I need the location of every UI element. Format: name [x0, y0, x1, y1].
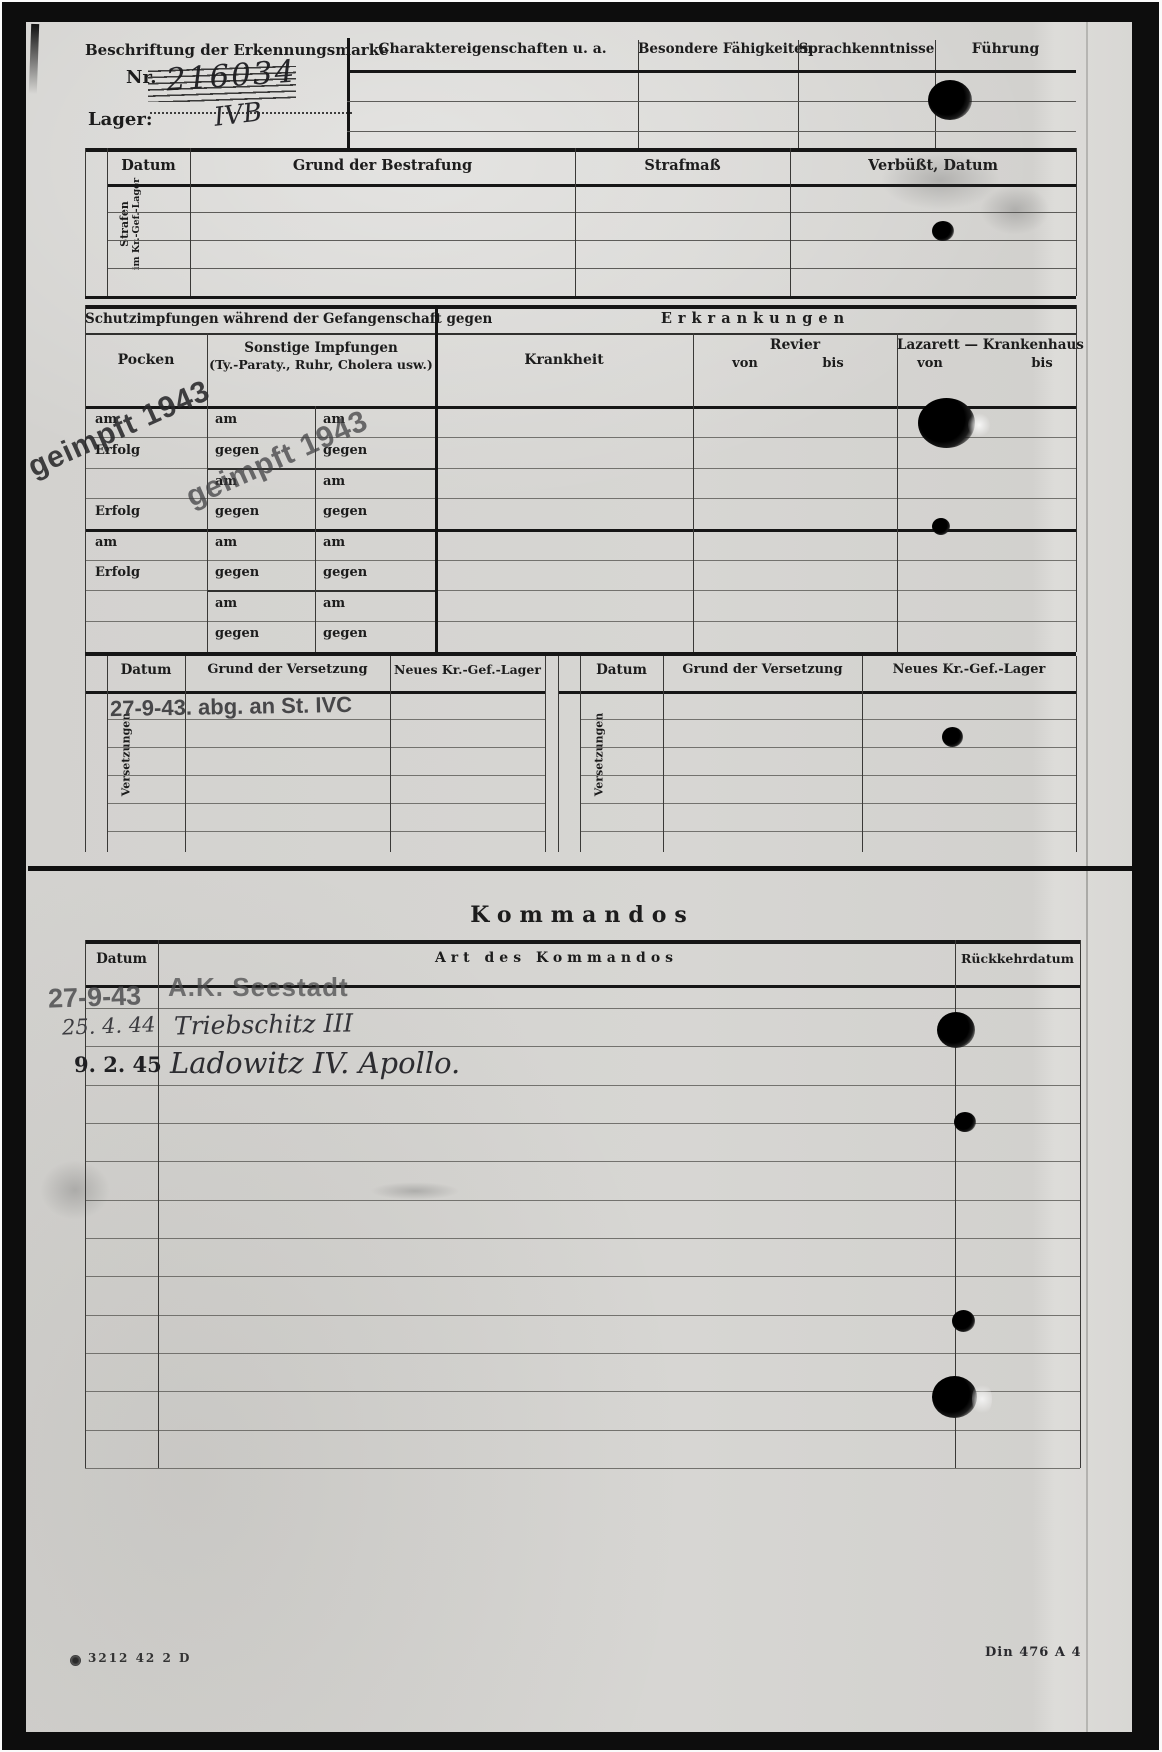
lager-value-handwritten: IVB	[212, 97, 263, 133]
rule-h	[85, 1391, 1080, 1392]
impf-cell: am	[323, 536, 403, 551]
hole-punch	[918, 398, 975, 448]
versetzung-entry-stamp: 27-9-43. abg. an St. IVC	[110, 692, 352, 722]
rule-v	[693, 333, 694, 652]
rule-h	[580, 719, 1076, 720]
smudge	[980, 185, 1050, 235]
krankheit-header: Krankheit	[435, 353, 693, 369]
rule-h	[85, 1085, 1080, 1086]
kommandos-header-art: Art des Kommandos	[158, 951, 955, 967]
revier-von-label: von	[710, 357, 780, 372]
impfungen-title: Schutzimpfungen während der Gefangenscha…	[85, 312, 435, 327]
kommandos-header-datum: Datum	[85, 952, 158, 967]
rule-h	[107, 831, 545, 832]
rule-v	[1076, 305, 1077, 652]
lager-label: Lager:	[88, 110, 153, 130]
rule-v	[85, 305, 86, 652]
hole-punch	[932, 1376, 977, 1418]
nr-strikethrough	[148, 66, 296, 102]
rule-h	[85, 621, 1076, 622]
printer-emblem-icon	[70, 1655, 81, 1666]
impf-cell: gegen	[323, 627, 403, 642]
strafen-side-label-line1: Strafen	[118, 178, 131, 270]
impf-cell: gegen	[215, 566, 295, 581]
column-header-fuehrung: Führung	[935, 42, 1076, 58]
rule-h	[85, 1430, 1080, 1431]
impf-cell: gegen	[215, 627, 295, 642]
rule-h	[558, 691, 1076, 694]
kommando-entry-art-stamp: A.K. Seestadt	[168, 972, 349, 1003]
rule-v	[545, 656, 546, 852]
rule-h	[107, 803, 545, 804]
lazarett-bis-label: bis	[1012, 357, 1072, 372]
rule-v	[390, 656, 391, 852]
versetzungen-side-label-text: Versetzungen	[592, 712, 605, 796]
lazarett-header: Lazarett — Krankenhaus	[897, 338, 1076, 353]
versetzungen-right-header-grund: Grund der Versetzung	[663, 663, 862, 678]
strafen-header-datum: Datum	[107, 158, 190, 174]
column-header-sprachkenntnisse: Sprachkenntnisse	[798, 42, 935, 57]
strafen-side-label: Strafen im Kr.-Gef.-Lager	[84, 152, 107, 296]
rule-v	[897, 333, 898, 652]
sonstige-impfungen-header-line2: (Ty.-Paraty., Ruhr, Cholera usw.)	[207, 358, 435, 372]
rule-h	[85, 1238, 1080, 1239]
paper-fold-line	[1086, 22, 1088, 1732]
versetzungen-right-header-datum: Datum	[580, 663, 663, 678]
rule-h	[347, 70, 1076, 73]
rule-h	[580, 747, 1076, 748]
versetzungen-left-header-datum: Datum	[107, 663, 185, 678]
versetzungen-right-header-lager: Neues Kr.-Gef.-Lager	[862, 663, 1076, 678]
rule-v	[107, 148, 108, 296]
form-code: 3212 42 2 D	[88, 1652, 191, 1665]
rule-h	[85, 1468, 1080, 1469]
kommando-entry-art-handwritten: Ladowitz IV. Apollo.	[170, 1046, 460, 1080]
smudge	[370, 1182, 460, 1200]
rule-h	[85, 1315, 1080, 1316]
rule-h	[85, 940, 1080, 944]
impf-cell: gegen	[323, 566, 403, 581]
rule-h	[347, 131, 1076, 132]
rule-v	[862, 656, 863, 852]
strafen-side-label-line2: im Kr.-Gef.-Lager	[131, 178, 142, 270]
hole-punch	[952, 1310, 975, 1332]
rule-v	[580, 656, 581, 852]
rule-h	[85, 529, 1076, 532]
hole-punch	[932, 221, 954, 241]
strafen-header-strafmass: Strafmaß	[575, 158, 790, 174]
impf-cell: am	[323, 597, 403, 612]
hole-punch	[942, 727, 963, 747]
rule-v	[158, 940, 159, 1468]
rule-v	[107, 656, 108, 852]
rule-h	[85, 305, 1076, 309]
rule-v	[85, 656, 86, 852]
kommando-entry-datum-handwritten: 9. 2. 45	[74, 1052, 162, 1077]
hole-punch	[937, 1012, 975, 1048]
versetzungen-left-header-lager: Neues Kr.-Gef.-Lager	[390, 663, 545, 677]
column-header-besondere-faehigkeiten: Besondere Fähigkeiten	[638, 42, 798, 57]
rule-v	[663, 656, 664, 852]
impf-cell: gegen	[323, 505, 403, 520]
paper-sheet	[26, 22, 1132, 1732]
kommando-entry-art-handwritten: Triebschitz III	[174, 1008, 354, 1040]
rule-h	[85, 1008, 1080, 1009]
erkennungsmarke-label: Beschriftung der Erkennungsmarke	[85, 42, 347, 59]
impf-cell: am	[215, 413, 295, 428]
kommando-entry-datum-handwritten: 25. 4. 44	[62, 1012, 156, 1039]
din-code: Din 476 A 4	[985, 1646, 1082, 1661]
erkrankungen-title: Erkrankungen	[435, 311, 1076, 327]
rule-h	[107, 240, 1076, 241]
rule-v	[575, 148, 576, 296]
rule-v	[1080, 940, 1081, 1468]
section-divider-rule	[28, 866, 1132, 871]
impf-cell: am	[215, 597, 295, 612]
impf-cell: am	[95, 536, 175, 551]
rule-h	[107, 747, 545, 748]
impf-cell: Erfolg	[95, 566, 175, 581]
hole-punch	[954, 1112, 976, 1132]
rule-h	[85, 1161, 1080, 1162]
rule-h	[85, 560, 1076, 561]
rule-v	[85, 148, 86, 296]
hole-punch	[932, 518, 950, 535]
rule-v	[435, 305, 438, 652]
revier-header: Revier	[693, 338, 897, 354]
rule-v	[1076, 148, 1077, 296]
impf-cell: gegen	[215, 505, 295, 520]
lazarett-von-label: von	[900, 357, 960, 372]
impf-cell: am	[323, 475, 403, 490]
impf-cell: Erfolg	[95, 505, 175, 520]
rule-v	[558, 656, 559, 852]
rule-h	[85, 1276, 1080, 1277]
hole-punch	[928, 80, 972, 120]
kommandos-header-rueckkehrdatum: Rückkehrdatum	[955, 952, 1080, 966]
scan-artifact	[968, 412, 990, 438]
versetzungen-side-label-text: Versetzungen	[119, 712, 132, 796]
impf-cell: am	[215, 536, 295, 551]
scan-artifact	[972, 1382, 992, 1416]
versetzungen-side-label-left: Versetzungen	[84, 656, 107, 852]
rule-h	[107, 212, 1076, 213]
rule-h	[85, 1353, 1080, 1354]
rule-v	[790, 148, 791, 296]
versetzungen-left-header-grund: Grund der Versetzung	[185, 663, 390, 678]
rule-v	[185, 656, 186, 852]
rule-h	[580, 803, 1076, 804]
rule-h	[580, 831, 1076, 832]
rule-h	[580, 775, 1076, 776]
scanned-document: Beschriftung der Erkennungsmarke Nr. 216…	[0, 0, 1162, 1752]
kommando-entry-datum-stamp: 27-9-43	[47, 980, 141, 1014]
sonstige-impfungen-header-line1: Sonstige Impfungen	[207, 341, 435, 356]
kommandos-title: Kommandos	[85, 903, 1080, 928]
strafen-header-grund: Grund der Bestrafung	[190, 158, 575, 174]
rule-h	[85, 333, 1076, 335]
rule-h	[85, 1200, 1080, 1201]
revier-bis-label: bis	[798, 357, 868, 372]
rule-h	[85, 498, 1076, 499]
rule-h	[207, 590, 435, 592]
rule-h	[107, 268, 1076, 269]
rule-h	[107, 775, 545, 776]
column-header-charaktereigenschaften: Charaktereigenschaften u. a.	[347, 42, 638, 58]
smudge	[40, 1160, 110, 1220]
versetzungen-side-label-right: Versetzungen	[557, 656, 580, 852]
rule-h	[85, 296, 1076, 299]
rule-v	[1076, 656, 1077, 852]
pocken-header: Pocken	[85, 353, 207, 369]
rule-v	[190, 148, 191, 296]
rule-h	[85, 1123, 1080, 1124]
